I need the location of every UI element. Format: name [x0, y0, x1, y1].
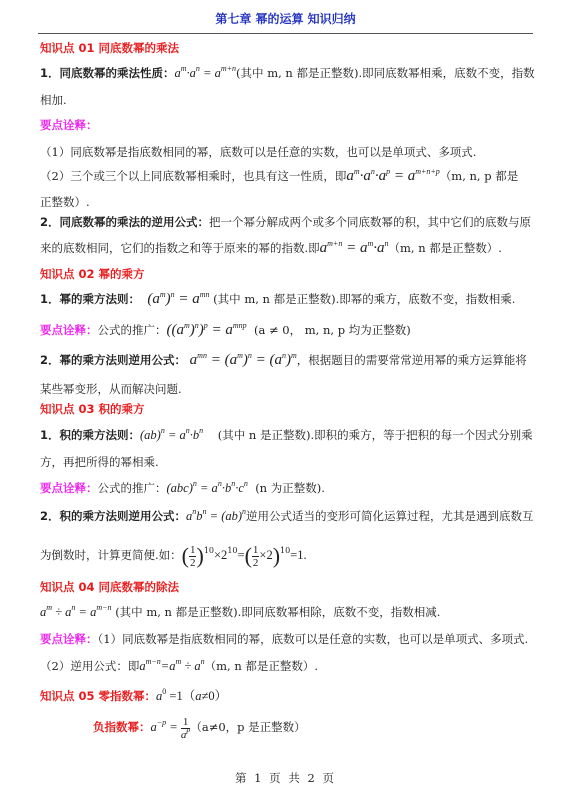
formula: a0 =1（a≠0）	[156, 689, 227, 703]
kp03-note: 要点诠释：公式的推广：(abc)n = an·bn·cn (n 为正整数).	[40, 480, 325, 496]
kp05-zero: 知识点 05 零指数幂：a0 =1（a≠0）	[40, 688, 227, 704]
page-number: 第 1 页 共 2 页	[0, 770, 571, 786]
kp01-item2-cont: 来的底数相同，它们的指数之和等于原来的幂的指数.即am+n = am·an（m,…	[40, 240, 502, 256]
formula: ((am)n)p = amnp	[167, 322, 247, 338]
formula: anbn = (ab)n	[186, 509, 246, 523]
formula: a−p =	[151, 720, 181, 734]
kp01-item1: 1．同底数幂的乘法性质：am·an = am+n(其中 m, n 都是正整数).…	[40, 65, 535, 81]
kp01-note-label: 要点诠释：	[40, 117, 98, 133]
document-page: 第七章 幂的运算 知识归纳 知识点 01 同底数幂的乘法 1．同底数幂的乘法性质…	[0, 0, 571, 800]
kp04-note1: 要点诠释：（1）同底数幂是指底数相同的幂，底数可以是任意的实数，也可以是单项式、…	[40, 631, 528, 647]
kp01-note2: （2）三个或三个以上同底数幂相乘时，也具有这一性质，即am·an·ap = am…	[40, 168, 518, 184]
title-divider	[38, 33, 533, 34]
kp01-heading: 知识点 01 同底数幂的乘法	[40, 40, 179, 56]
kp02-heading: 知识点 02 幂的乘方	[40, 266, 145, 282]
kp04-formula-line: am ÷ an = am−n (其中 m, n 都是正整数).即同底数幂相除，底…	[40, 604, 440, 620]
kp03-item1: 1．积的乘方法则：(ab)n = an·bn (其中 n 是正整数).即积的乘方…	[40, 427, 533, 443]
kp01-note2-cont: 正整数）.	[40, 194, 90, 210]
kp01-note1: （1）同底数幂是指底数相同的幂，底数可以是任意的实数，也可以是单项式、多项式.	[40, 144, 476, 160]
kp01-item1-cont: 相加.	[40, 92, 67, 108]
kp04-note2: （2）逆用公式：即am−n=am ÷ an（m, n 都是正整数）.	[40, 658, 318, 674]
kp01-item2: 2．同底数幂的乘法的逆用公式：把一个幂分解成两个或多个同底数幂的积，其中它们的底…	[40, 214, 531, 230]
formula: (am)n = amn	[147, 291, 209, 307]
formula: am·an·ap = am+n+p	[346, 168, 439, 184]
formula: am·an = am+n	[175, 66, 237, 80]
kp03-heading: 知识点 03 积的乘方	[40, 401, 145, 417]
kp02-item2: 2．幂的乘方法则逆用公式： amn = (am)n = (an)m，根据题目的需…	[40, 352, 527, 368]
page-title: 第七章 幂的运算 知识归纳	[0, 10, 571, 27]
kp03-item2: 2．积的乘方法则逆用公式：anbn = (ab)n逆用公式适当的变形可简化运算过…	[40, 508, 534, 524]
formula: (abc)n = an·bn·cn	[167, 481, 248, 495]
formula: amn = (am)n = (an)m	[190, 352, 297, 368]
formula: (ab)n = an·bn	[140, 428, 203, 442]
kp03-item1-cont: 方，再把所得的幂相乘.	[40, 454, 159, 470]
kp02-note: 要点诠释：公式的推广：((am)n)p = amnp (a ≠ 0， m, n,…	[40, 322, 411, 338]
formula: am−n=am ÷ an	[139, 659, 204, 673]
example-formula: (12)10×210=(12×2)10=1.	[182, 548, 307, 562]
formula: am ÷ an = am−n	[40, 605, 112, 619]
kp04-heading: 知识点 04 同底数幂的除法	[40, 579, 179, 595]
formula: am+n = am·an	[320, 240, 389, 256]
kp02-item1: 1．幂的乘方法则： (am)n = amn (其中 m, n 都是正整数).即幂…	[40, 291, 515, 307]
kp03-item2-cont: 为倒数时，计算更简便.如：(12)10×210=(12×2)10=1.	[40, 540, 307, 571]
kp02-item2-cont: 某些幂变形，从而解决问题.	[40, 381, 182, 397]
kp05-negative: 负指数幂：a−p = 1ap（a≠0，p 是正整数）	[93, 712, 306, 742]
